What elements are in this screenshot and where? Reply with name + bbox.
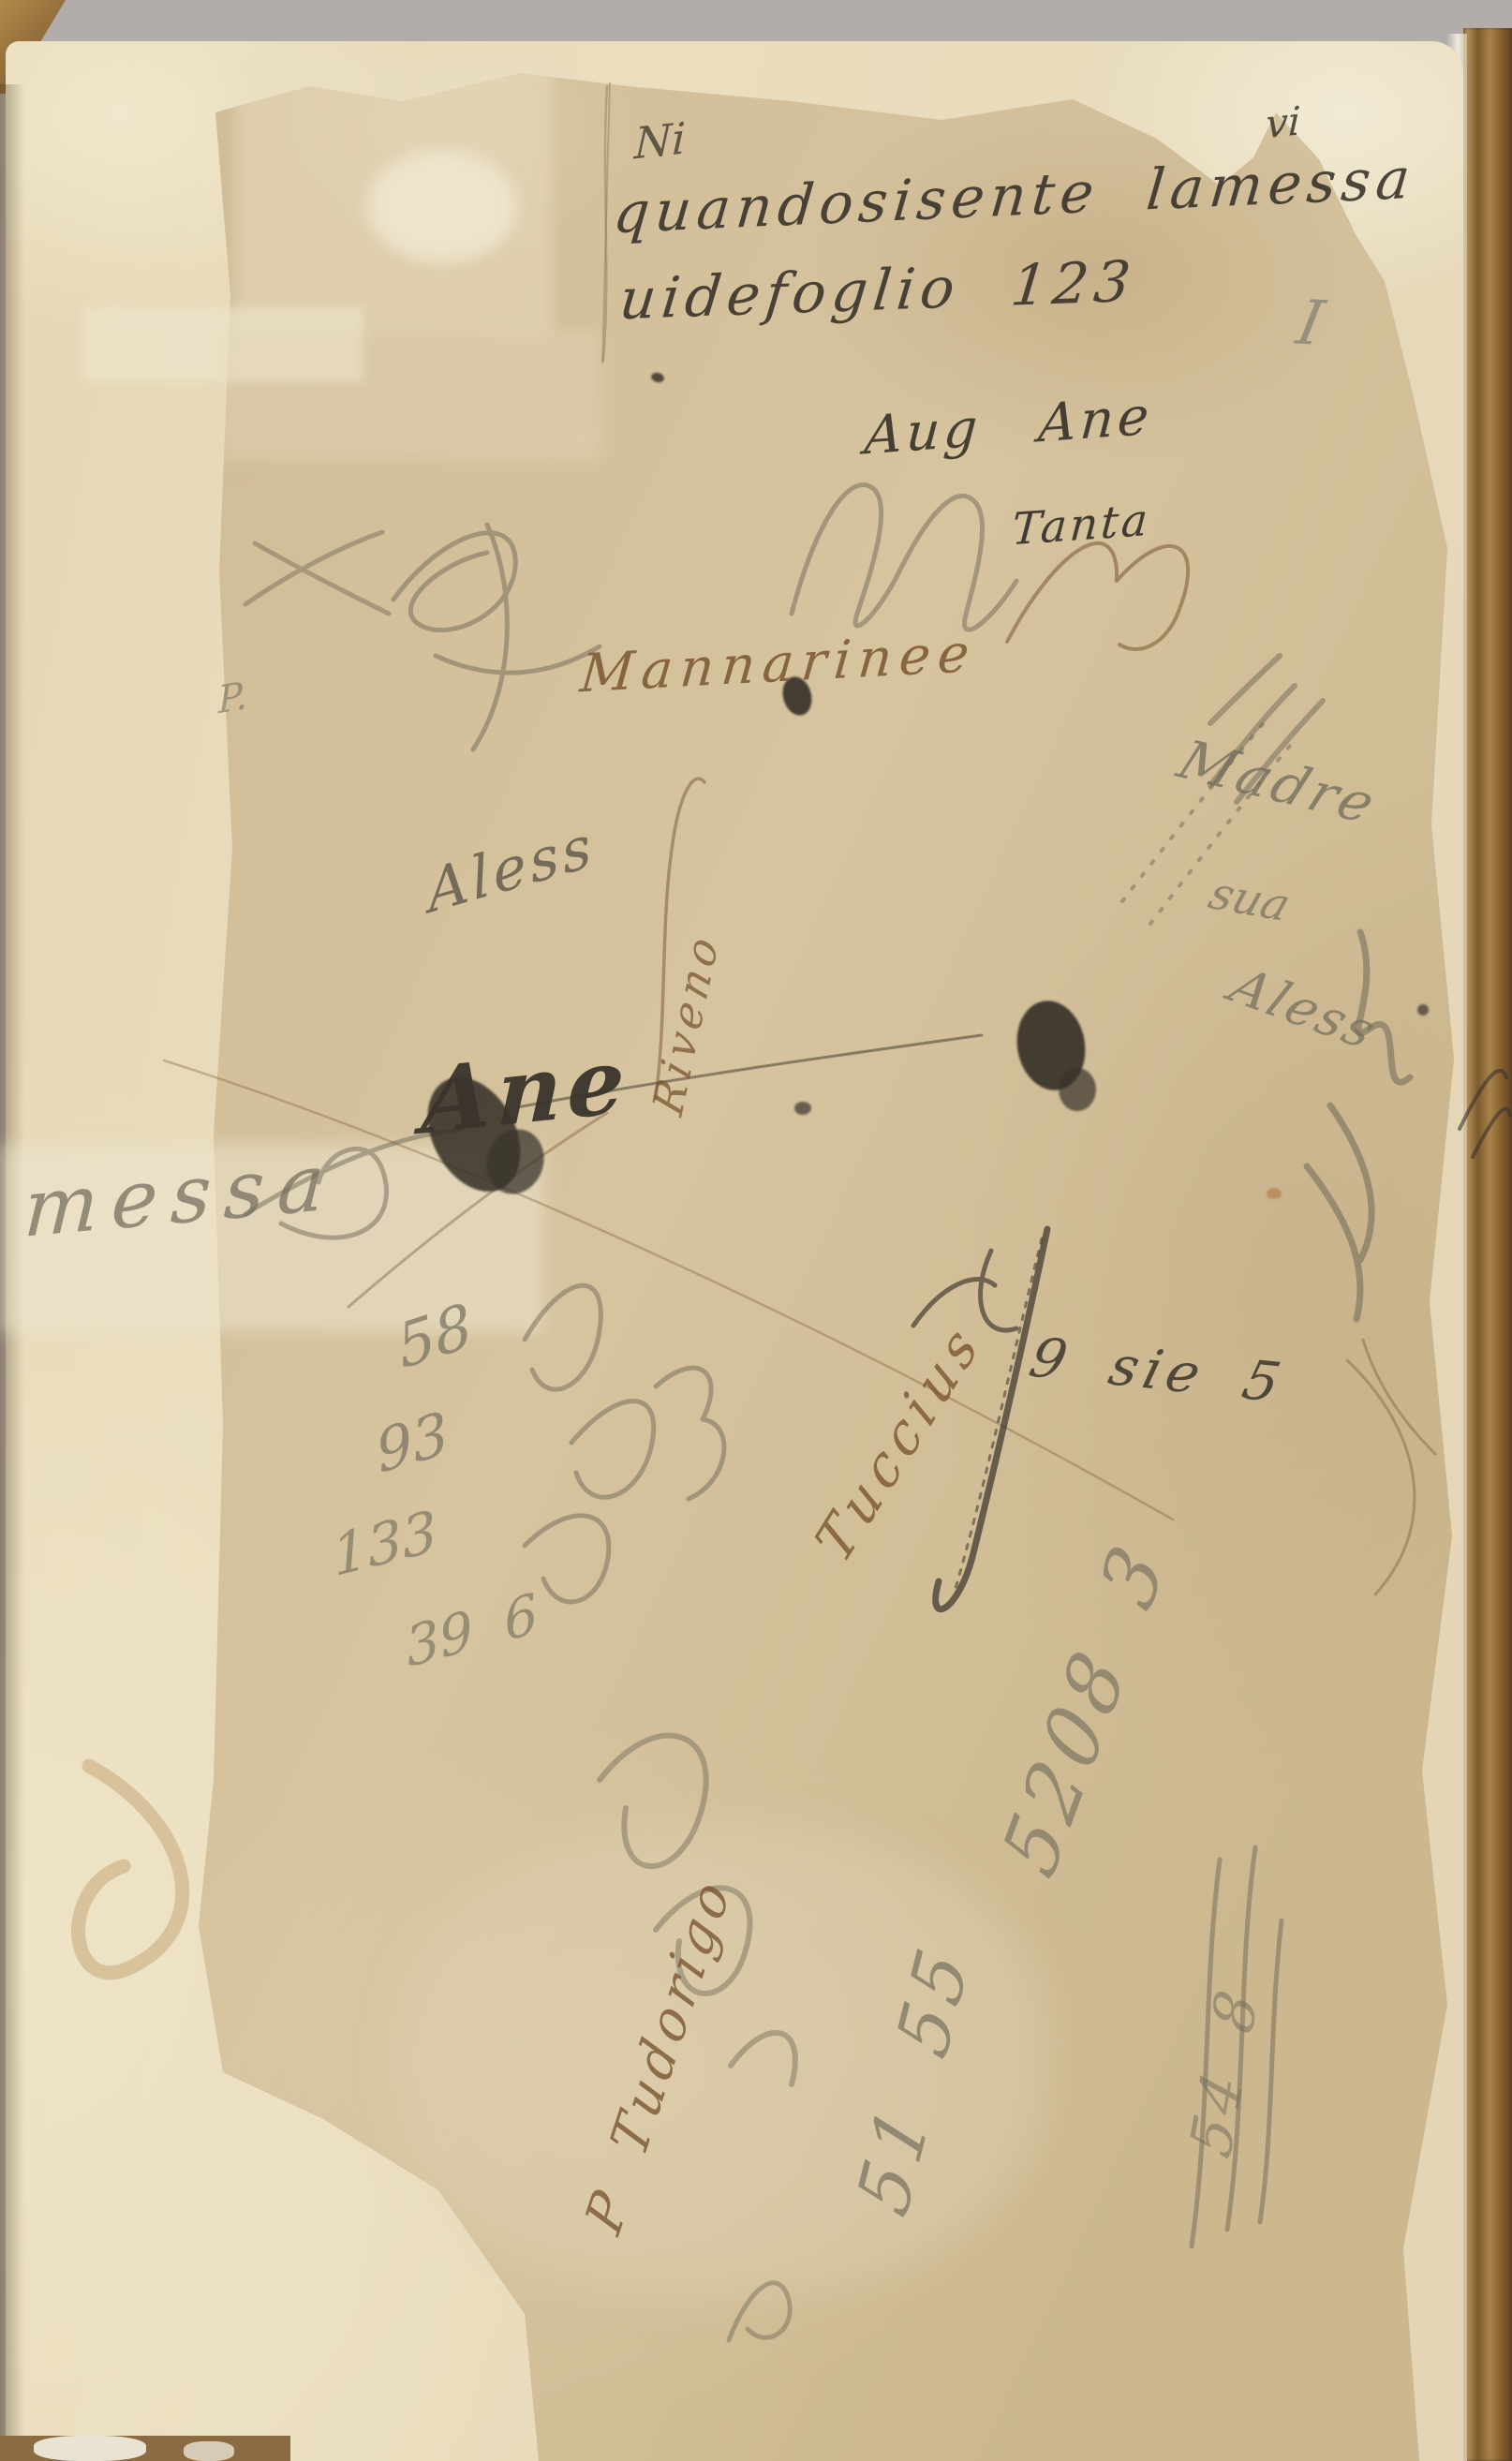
bottom-fleck-2 [184, 2441, 234, 2461]
inscription-tanta: Tanta [1011, 498, 1152, 553]
inscription-ni: Ni [633, 116, 686, 165]
ink-speck-line [794, 1102, 811, 1115]
scribble-ink-slash-echo [954, 1238, 1042, 1594]
ink-speck-edge [1417, 1004, 1429, 1016]
scribble-bottom-hook [729, 2283, 790, 2340]
scribble-brown-loops [1007, 543, 1188, 649]
rust-speck [1267, 1188, 1282, 1199]
bottom-fleck-1 [34, 2436, 146, 2461]
scribble-left-flourish [393, 525, 600, 749]
scribble-long-hairline [164, 1060, 1173, 1520]
ink-blot-center-tail [1059, 1068, 1096, 1111]
photograph-of-manuscript-flyleaf: Niviquandosisente lamessauidefoglio 123I… [0, 0, 1512, 2461]
scribble-ink-loop [913, 1251, 1016, 1330]
scribble-tan-flourish [79, 1766, 183, 1973]
inscription-p_initial: P. [217, 677, 247, 720]
inscription-ane: Ane [421, 1035, 632, 1148]
inscription-sua: sua [1204, 871, 1296, 928]
scribble-ink-edge-marks [1460, 1071, 1510, 1157]
scribble-grand-scrawl [792, 485, 1016, 630]
inscription-vi: vi [1266, 101, 1301, 144]
scribble-right-wisps [1347, 1340, 1435, 1594]
scribble-double-x [245, 532, 389, 614]
scribble-fold-hair [603, 86, 607, 361]
scribble-number-loops [525, 1285, 724, 1602]
inscription-foglio: uidefoglio 123 [617, 254, 1139, 328]
